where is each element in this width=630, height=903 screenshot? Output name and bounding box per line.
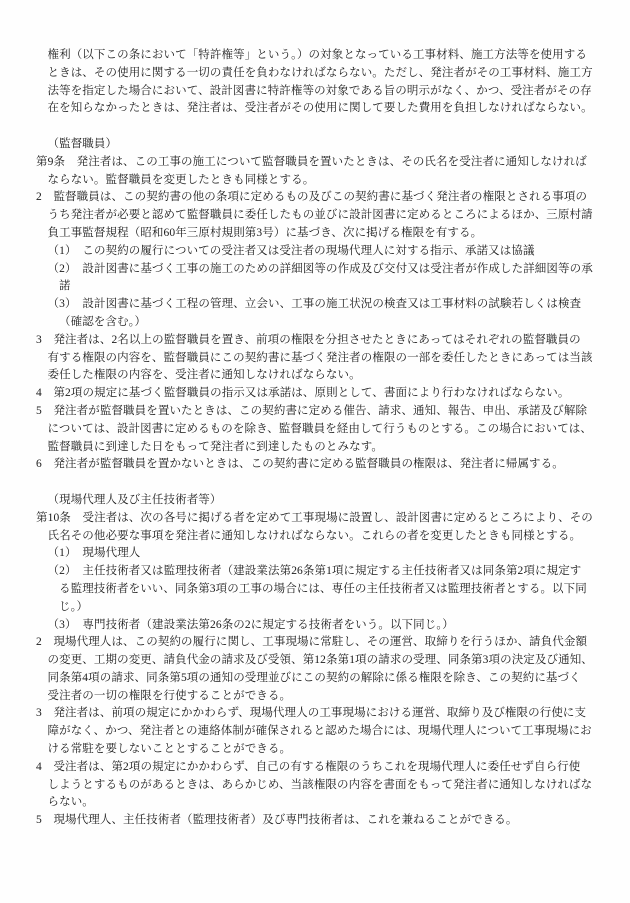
text-line: 委任した権限の内容を、受注者に通知しなければならない。 [36,367,602,385]
text-line: 法等を指定した場合において、設計図書に特許権等の対象である旨の明示がなく、かつ、… [36,83,602,101]
article-clause-line: 3 発注者は、2名以上の監督職員を置き、前項の権限を分担させたときにあってはそれ… [36,332,602,350]
article-clause-line: 5 発注者が監督職員を置いたときは、この契約書に定める催告、請求、通知、報告、申… [36,403,602,421]
blank-line [36,118,602,136]
text-line: 障がなく、かつ、発注者との連絡体制が確保されると認めた場合には、現場代理人につい… [36,723,602,741]
text-line: じ。） [36,599,602,617]
list-item-line: （3） 専門技術者（建設業法第26条の2に規定する技術者をいう。以下同じ。） [36,617,602,635]
section-heading: （監督職員） [36,136,602,154]
text-line: 氏名その他必要な事項を発注者に通知しなければならない。これらの者を変更したときも… [36,528,602,546]
text-line: ならない。監督職員を変更したときも同様とする。 [36,172,602,190]
text-line: る監理技術者をいい、同条第3項の工事の場合には、専任の主任技術者又は監理技術者と… [36,581,602,599]
text-line: ときは、その使用に関する一切の責任を負わなければならない。ただし、発注者がその工… [36,65,602,83]
text-line: 同条第4項の請求、同条第5項の通知の受理並びにこの契約の解除に係る権限を除き、こ… [36,670,602,688]
text-line: ける常駐を要しないこととすることができる。 [36,741,602,759]
text-line: らない。 [36,794,602,812]
text-line: 在を知らなかったときは、発注者は、受注者がその使用に関して要した費用を負担しなけ… [36,100,602,118]
article-clause-line: 2 監督職員は、この契約書の他の条項に定めるもの及びこの契約書に基づく発注者の権… [36,189,602,207]
list-item-line: （1） 現場代理人 [36,545,602,563]
text-line: 受注者の一切の権限を行使することができる。 [36,688,602,706]
list-item-line: （1） この契約の履行についての受注者又は受注者の現場代理人に対する指示、承諾又… [36,243,602,261]
article-clause-line: 4 受注者は、第2項の規定にかかわらず、自己の有する権限のうちこれを現場代理人に… [36,759,602,777]
text-line: しようとするものがあるときは、あらかじめ、当該権限の内容を書面をもって発注者に通… [36,777,602,795]
article-clause-line: 第10条 受注者は、次の各号に掲げる者を定めて工事現場に設置し、設計図書に定める… [36,510,602,528]
text-line: うち発注者が必要と認めて監督職員に委任したもの並びに設計図書に定めるところによる… [36,207,602,225]
article-clause-line: 6 発注者が監督職員を置かないときは、この契約書に定める監督職員の権限は、発注者… [36,456,602,474]
list-item-line: （2） 設計図書に基づく工事の施工のための詳細図等の作成及び交付又は受注者が作成… [36,261,602,279]
text-line: については、設計図書に定めるものを除き、監督職員を経由して行うものとする。この場… [36,421,602,439]
list-item-line: （2） 主任技術者又は監理技術者（建設業法第26条第1項に規定する主任技術者又は… [36,563,602,581]
text-line: 諾 [36,278,602,296]
article-clause-line: 2 現場代理人は、この契約の履行に関し、工事現場に常駐し、その運営、取締りを行う… [36,634,602,652]
document-text-body: 権利（以下この条において「特許権等」という。）の対象となっている工事材料、施工方… [36,47,602,830]
document-page: 権利（以下この条において「特許権等」という。）の対象となっている工事材料、施工方… [0,0,630,903]
article-clause-line: 第9条 発注者は、この工事の施工について監督職員を置いたときは、その氏名を受注者… [36,154,602,172]
text-line: 権利（以下この条において「特許権等」という。）の対象となっている工事材料、施工方… [36,47,602,65]
article-clause-line: 3 発注者は、前項の規定にかかわらず、現場代理人の工事現場における運営、取締り及… [36,705,602,723]
text-line: 監督職員に到達した日をもって発注者に到達したものとみなす。 [36,439,602,457]
text-line: の変更、工期の変更、請負代金の請求及び受領、第12条第1項の請求の受理、同条第3… [36,652,602,670]
list-item-line: （3） 設計図書に基づく工程の管理、立会い、工事の施工状況の検査又は工事材料の試… [36,296,602,314]
text-line: （確認を含む。） [36,314,602,332]
article-clause-line: 5 現場代理人、主任技術者（監理技術者）及び専門技術者は、これを兼ねることができ… [36,812,602,830]
text-line: 負工事監督規程（昭和60年三原村規則第3号）に基づき、次に掲げる権限を有する。 [36,225,602,243]
article-clause-line: 4 第2項の規定に基づく監督職員の指示又は承諾は、原則として、書面により行わなけ… [36,385,602,403]
blank-line [36,474,602,492]
section-heading: （現場代理人及び主任技術者等） [36,492,602,510]
text-line: 有する権限の内容を、監督職員にこの契約書に基づく発注者の権限の一部を委任したとき… [36,350,602,368]
